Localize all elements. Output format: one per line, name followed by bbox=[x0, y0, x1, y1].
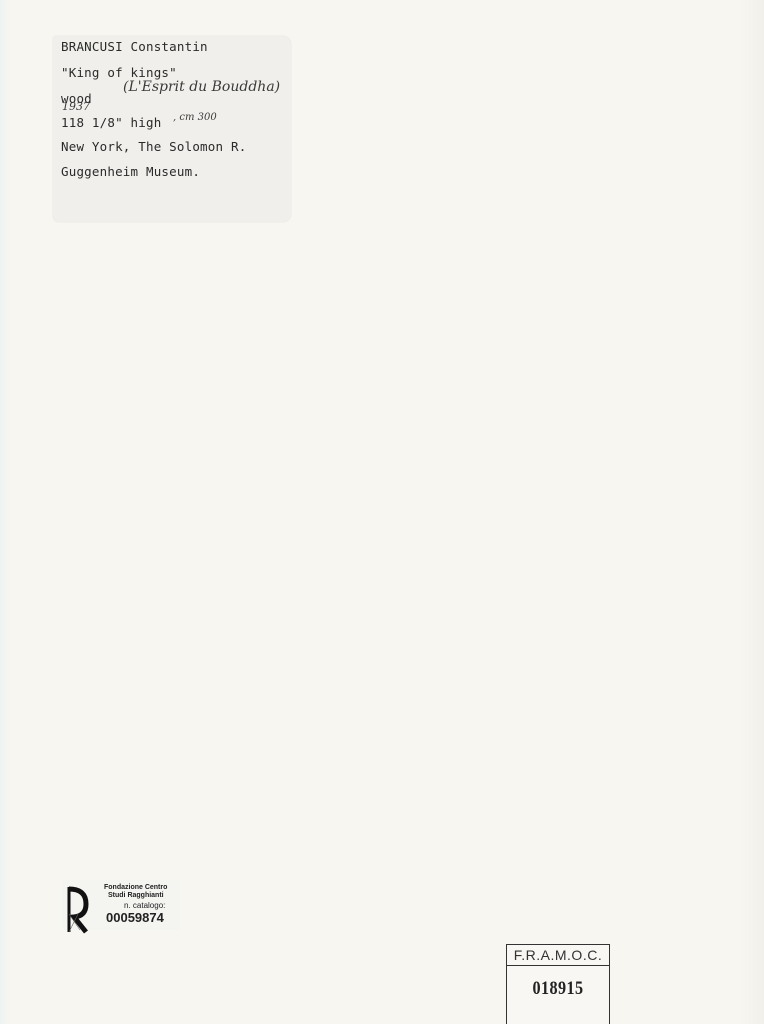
typed-label-card: BRANCUSI Constantin "King of kings" wood… bbox=[53, 36, 291, 222]
framoc-header: F.R.A.M.O.C. bbox=[507, 945, 609, 966]
framoc-archive-box: F.R.A.M.O.C. 018915 bbox=[506, 944, 610, 1024]
stamp-org-line-1: Fondazione Centro bbox=[104, 884, 167, 891]
location-line-2: Guggenheim Museum. bbox=[61, 164, 200, 179]
artist-name: BRANCUSI Constantin bbox=[61, 39, 208, 54]
handwritten-dimensions: , cm 300 bbox=[173, 112, 217, 123]
stamp-org-line-2: Studi Ragghianti bbox=[108, 892, 164, 899]
handwritten-alt-title: (L'Esprit du Bouddha) bbox=[123, 79, 280, 95]
location-line-1: New York, The Solomon R. bbox=[61, 139, 246, 154]
handwritten-year: 1937 bbox=[62, 100, 90, 113]
document-page: BRANCUSI Constantin "King of kings" wood… bbox=[0, 0, 764, 1024]
stamp-catalog-label: n. catalogo: bbox=[124, 901, 165, 910]
artwork-title: "King of kings" bbox=[61, 65, 177, 80]
framoc-number: 018915 bbox=[515, 978, 602, 1000]
stamp-catalog-number: 00059874 bbox=[106, 910, 164, 925]
artwork-dimensions: 118 1/8" high bbox=[61, 115, 161, 130]
catalog-stamp: Fondazione Centro Studi Ragghianti n. ca… bbox=[62, 880, 180, 930]
ragghianti-r-logo-icon bbox=[66, 884, 90, 934]
